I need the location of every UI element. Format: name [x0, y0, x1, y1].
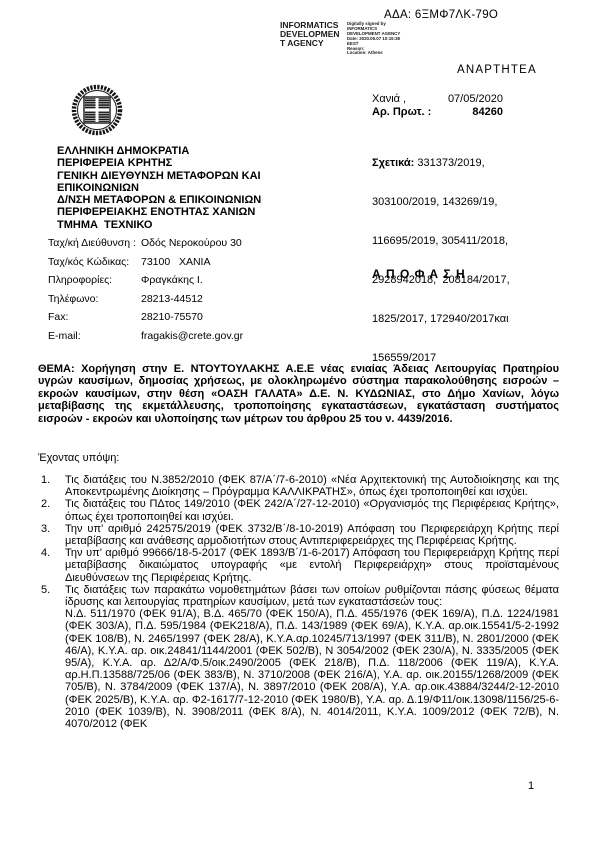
contact-value: 28213-44512: [141, 293, 203, 305]
related-line: Σχετικά: 331373/2019,: [372, 157, 524, 170]
related-label: Σχετικά:: [372, 157, 414, 169]
considering-list: 1. Τις διατάξεις του Ν.3852/2010 (ΦΕΚ 87…: [38, 474, 559, 730]
contact-value: Φραγκάκης Ι.: [141, 274, 203, 286]
item-number: 4.: [38, 547, 65, 584]
contact-row-postal-code: Ταχ/κός Κώδικας: 73100 ΧΑΝΙΑ: [48, 256, 243, 268]
list-item: 1. Τις διατάξεις του Ν.3852/2010 (ΦΕΚ 87…: [38, 474, 559, 498]
related-refs-text: 331373/2019,: [417, 157, 484, 169]
contact-row-phone: Τηλέφωνο: 28213-44512: [48, 293, 243, 305]
contact-value: 73100 ΧΑΝΙΑ: [141, 256, 210, 268]
contact-label: Fax:: [48, 311, 141, 323]
item-text: Την υπ’ αριθμό 242575/2019 (ΦΕΚ 3732/Β΄/…: [65, 523, 559, 547]
contact-label: Ταχ/κή Διεύθυνση :: [48, 237, 141, 249]
contact-row-information: Πληροφορίες: Φραγκάκης Ι.: [48, 274, 243, 286]
signature-details: Digitally signed by INFORMATICS DEVELOPM…: [347, 22, 437, 56]
org-line-general-directorate: ΓΕΝΙΚΗ ΔΙΕΥΘΥΝΣΗ ΜΕΤΑΦΟΡΩΝ ΚΑΙ: [57, 170, 342, 182]
anartitea-label: ΑΝΑΡΤΗΤΕΑ: [457, 64, 537, 76]
contact-row-fax: Fax: 28210-75570: [48, 311, 243, 323]
city-label: Χανιά ,: [372, 93, 406, 106]
item-number: 3.: [38, 523, 65, 547]
protocol-block: Χανιά , 07/05/2020 Αρ. Πρωτ. : 84260 Σχε…: [372, 93, 524, 391]
item-text-group: Τις διατάξεις των παρακάτω νομοθετημάτων…: [65, 584, 559, 730]
protocol-label: Αρ. Πρωτ. :: [372, 106, 431, 119]
list-item: 3. Την υπ’ αριθμό 242575/2019 (ΦΕΚ 3732/…: [38, 523, 559, 547]
digital-signature-stamp: INFORMATICS DEVELOPMEN T AGENCY Digitall…: [280, 21, 437, 56]
document-date: 07/05/2020: [448, 93, 503, 106]
contact-row-email: E-mail: fragakis@crete.gov.gr: [48, 330, 243, 342]
contact-row-address: Ταχ/κή Διεύθυνση : Οδός Νεροκούρου 30: [48, 237, 243, 249]
contact-label: E-mail:: [48, 330, 141, 342]
org-line-regional-unit: ΠΕΡΙΦΕΡΕΙΑΚΗΣ ΕΝΟΤΗΤΑΣ ΧΑΝΙΩΝ: [57, 206, 342, 218]
protocol-number: 84260: [472, 106, 503, 119]
org-line-republic: ΕΛΛΗΝΙΚΗ ΔΗΜΟΚΡΑΤΙΑ: [57, 145, 342, 157]
protocol-row: Αρ. Πρωτ. : 84260: [372, 106, 503, 119]
item-number: 5.: [38, 584, 65, 730]
document-page: ΑΔΑ: 6ΞΜΦ7ΛΚ-79Ο INFORMATICS DEVELOPMEN …: [0, 0, 595, 842]
contact-label: Ταχ/κός Κώδικας:: [48, 256, 141, 268]
org-line-department: ΤΜΗΜΑ ΤΕΧΝΙΚΟ: [57, 219, 342, 231]
contact-value: 28210-75570: [141, 311, 203, 323]
city-date-row: Χανιά , 07/05/2020: [372, 93, 503, 106]
ada-code: ΑΔΑ: 6ΞΜΦ7ΛΚ-79Ο: [384, 9, 498, 21]
related-line: 303100/2019, 143269/19,: [372, 196, 524, 209]
signature-detail-line: Location: Athens: [347, 51, 437, 56]
related-line: 1825/2017, 172940/2017και: [372, 313, 524, 326]
list-item: 4. Την υπ’ αριθμό 99666/18-5-2017 (ΦΕΚ 1…: [38, 547, 559, 584]
greek-emblem-icon: [71, 84, 342, 141]
item-text-fek-references: Ν.Δ. 511/1970 (ΦΕΚ 91/Α), Β.Δ. 465/70 (Φ…: [65, 608, 559, 730]
contact-info-block: Ταχ/κή Διεύθυνση : Οδός Νεροκούρου 30 Τα…: [48, 237, 243, 348]
contact-value: Οδός Νεροκούρου 30: [141, 237, 242, 249]
related-refs: Σχετικά: 331373/2019, 303100/2019, 14326…: [372, 131, 524, 391]
contact-email-value: fragakis@crete.gov.gr: [141, 330, 243, 342]
contact-label: Τηλέφωνο:: [48, 293, 141, 305]
item-number: 1.: [38, 474, 65, 498]
decision-title: Α Π Ο Φ Α Σ Η: [372, 267, 466, 281]
item-text: Τις διατάξεις του ΠΔτος 149/2010 (ΦΕΚ 24…: [65, 498, 559, 522]
item-text: Την υπ’ αριθμό 99666/18-5-2017 (ΦΕΚ 1893…: [65, 547, 559, 584]
related-line: 116695/2019, 305411/2018,: [372, 235, 524, 248]
signature-agency-name: INFORMATICS DEVELOPMEN T AGENCY: [280, 21, 342, 56]
item-text: Τις διατάξεις των παρακάτω νομοθετημάτων…: [65, 584, 559, 608]
page-number: 1: [528, 780, 534, 792]
list-item: 2. Τις διατάξεις του ΠΔτος 149/2010 (ΦΕΚ…: [38, 498, 559, 522]
considering-intro: Έχοντας υπόψη:: [38, 452, 119, 464]
item-number: 2.: [38, 498, 65, 522]
org-line-directorate: Δ/ΝΣΗ ΜΕΤΑΦΟΡΩΝ & ΕΠΙΚΟΙΝΩΝΙΩΝ: [57, 194, 342, 206]
list-item: 5. Τις διατάξεις των παρακάτω νομοθετημά…: [38, 584, 559, 730]
org-line-region: ΠΕΡΙΦΕΡΕΙΑ ΚΡΗΤΗΣ: [57, 157, 342, 169]
item-text: Τις διατάξεις του Ν.3852/2010 (ΦΕΚ 87/Α΄…: [65, 474, 559, 498]
contact-label: Πληροφορίες:: [48, 274, 141, 286]
org-line-general-directorate-cont: ΕΠΙΚΟΙΝΩΝΙΩΝ: [57, 182, 342, 194]
issuing-authority-block: ΕΛΛΗΝΙΚΗ ΔΗΜΟΚΡΑΤΙΑ ΠΕΡΙΦΕΡΕΙΑ ΚΡΗΤΗΣ ΓΕ…: [57, 84, 342, 231]
signature-agency-line: T AGENCY: [280, 39, 342, 48]
subject-paragraph: ΘΕΜΑ: Χορήγηση στην Ε. ΝΤΟΥΤΟΥΛΑΚΗΣ Α.Ε.…: [38, 363, 559, 425]
